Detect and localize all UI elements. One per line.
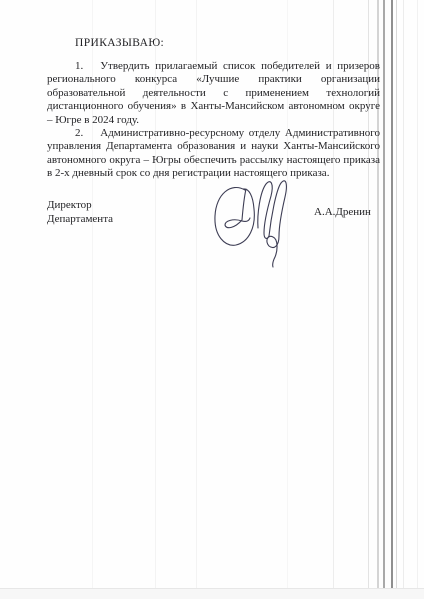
scan-line xyxy=(403,0,404,589)
order-title: ПРИКАЗЫВАЮ: xyxy=(75,37,164,49)
paragraph-1: 1.Утвердить прилагаемый список победител… xyxy=(47,60,380,127)
scan-line xyxy=(391,0,393,589)
scan-line xyxy=(383,0,385,589)
paragraph-2-number: 2. xyxy=(75,127,83,140)
scan-line xyxy=(396,0,397,589)
signatory-position-line1: Директор xyxy=(47,199,113,213)
paragraph-2: 2.Административно-ресурсному отделу Адми… xyxy=(47,127,380,181)
page-bottom-edge xyxy=(0,588,424,599)
scan-line xyxy=(417,0,418,589)
signatory-position: Директор Департамента xyxy=(47,199,113,226)
scanned-order-page: ПРИКАЗЫВАЮ: 1.Утвердить прилагаемый спис… xyxy=(0,0,424,599)
signatory-position-line2: Департамента xyxy=(47,213,113,227)
paragraph-1-text: Утвердить прилагаемый список победителей… xyxy=(47,60,380,126)
handwritten-signature xyxy=(203,176,298,271)
paragraph-1-number: 1. xyxy=(75,60,83,73)
signatory-name: А.А.Дренин xyxy=(314,206,371,218)
order-body: 1.Утвердить прилагаемый список победител… xyxy=(47,60,380,181)
paragraph-2-text: Административно-ресурсному отделу Админи… xyxy=(47,127,380,179)
